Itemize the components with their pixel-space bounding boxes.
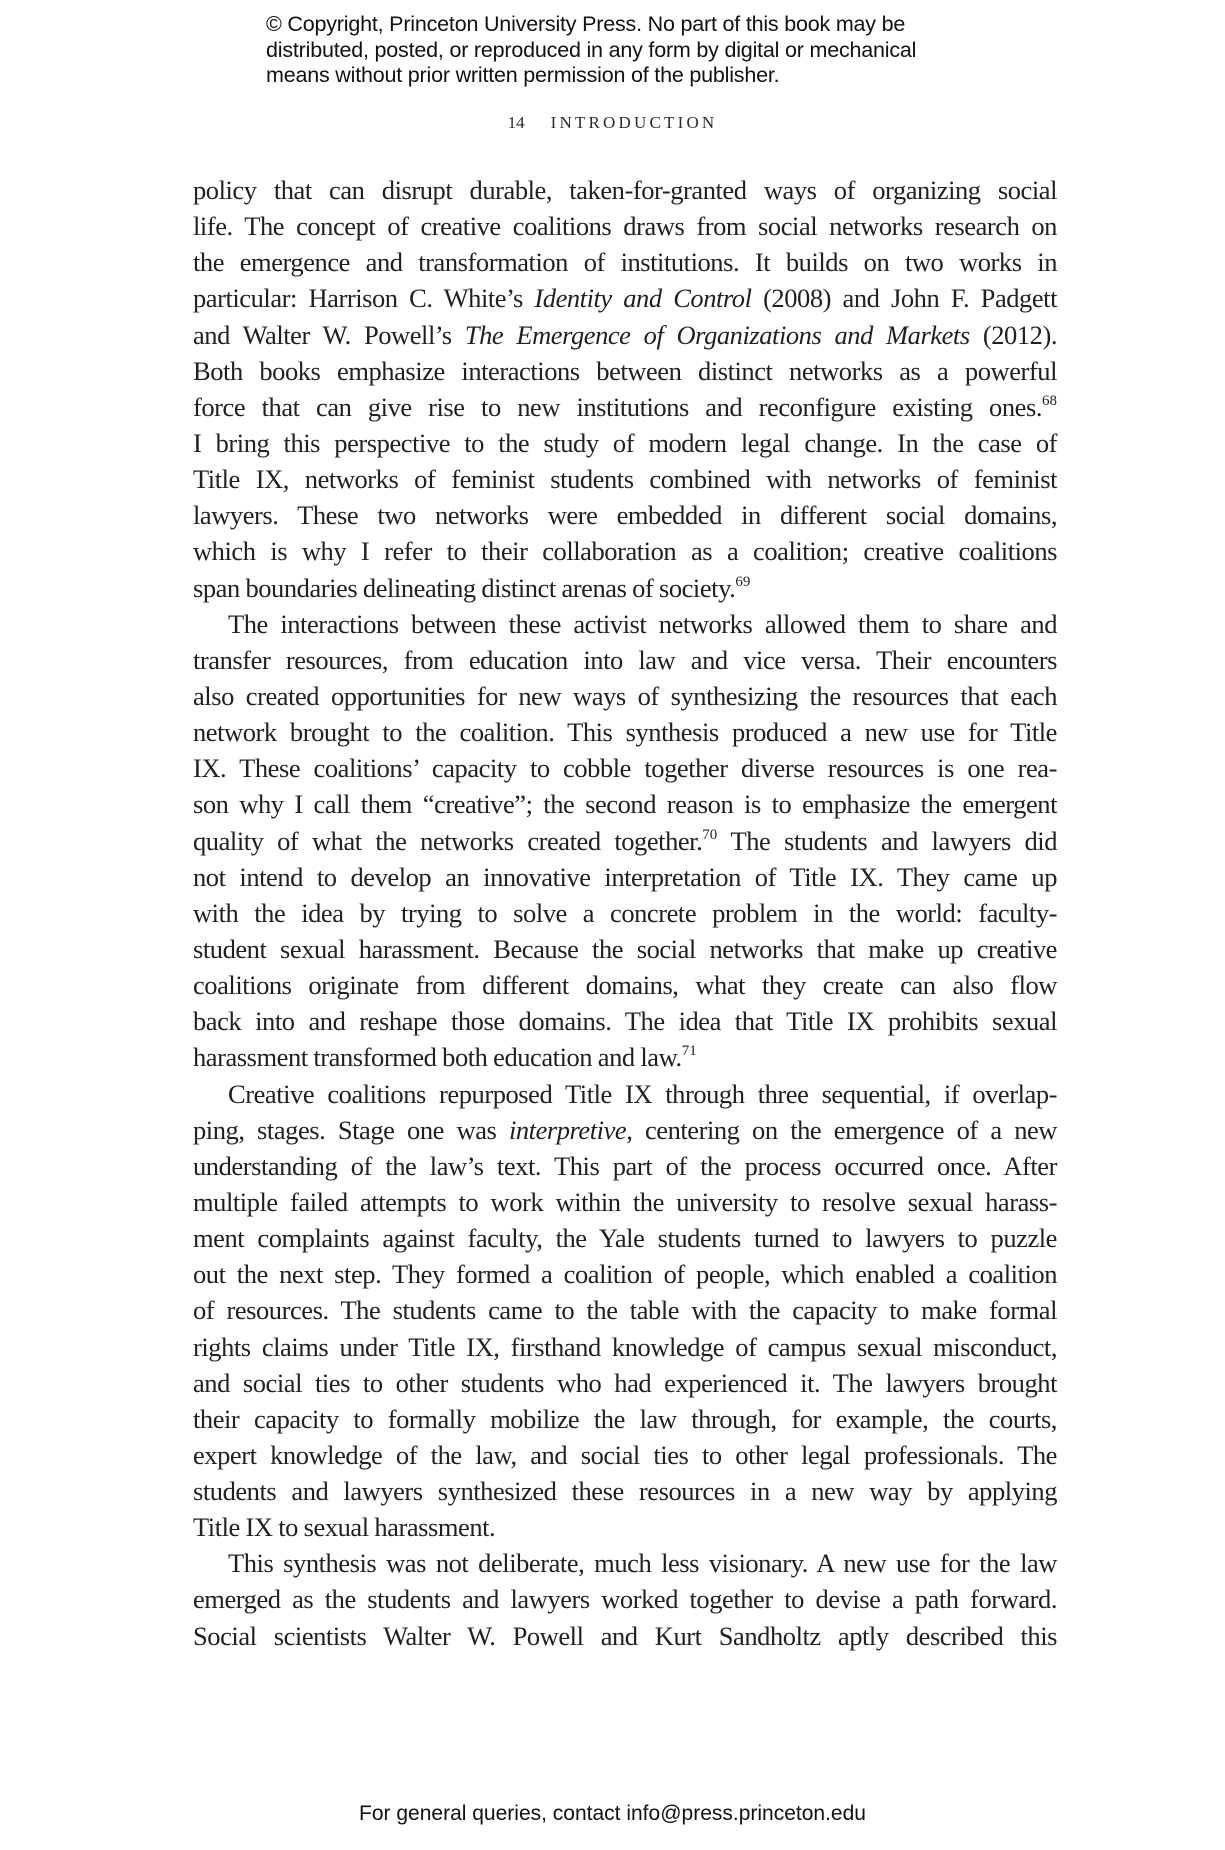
line-text: understanding of the law’s text. This pa… bbox=[193, 1151, 1057, 1181]
line-text: (2012). bbox=[970, 320, 1057, 350]
text-line: lawyers. These two networks were embedde… bbox=[193, 497, 1057, 533]
line-text: The students and lawyers did bbox=[717, 826, 1057, 856]
line-text: rights claims under Title IX, firsthand … bbox=[193, 1332, 1057, 1362]
line-text: Social scientists Walter W. Powell and K… bbox=[193, 1621, 1057, 1651]
body-text: policy that can disrupt durable, taken-f… bbox=[193, 172, 1057, 1654]
line-text: which is why I refer to their collaborat… bbox=[193, 536, 1057, 566]
running-head: 14INTRODUCTION bbox=[0, 113, 1225, 133]
text-line: network brought to the coalition. This s… bbox=[193, 714, 1057, 750]
line-text: students and lawyers synthesized these r… bbox=[193, 1476, 1057, 1506]
line-text: and social ties to other students who ha… bbox=[193, 1368, 1057, 1398]
line-text: emerged as the students and lawyers work… bbox=[193, 1584, 1057, 1614]
text-line: multiple failed attempts to work within … bbox=[193, 1184, 1057, 1220]
line-text: , centering on the emergence of a new bbox=[626, 1115, 1057, 1145]
italic-title: The Emergence of Organizations and Marke… bbox=[465, 320, 970, 350]
copyright-line: © Copyright, Princeton University Press.… bbox=[266, 12, 1026, 38]
text-line: span boundaries delineating distinct are… bbox=[193, 570, 1057, 606]
text-line: their capacity to formally mobilize the … bbox=[193, 1401, 1057, 1437]
line-text: harassment transformed both education an… bbox=[193, 1042, 682, 1072]
text-line: with the idea by trying to solve a concr… bbox=[193, 895, 1057, 931]
text-line: out the next step. They formed a coaliti… bbox=[193, 1256, 1057, 1292]
text-line: the emergence and transformation of inst… bbox=[193, 244, 1057, 280]
text-line: understanding of the law’s text. This pa… bbox=[193, 1148, 1057, 1184]
line-text: the emergence and transformation of inst… bbox=[193, 247, 1057, 277]
line-text: Title IX to sexual harassment. bbox=[193, 1512, 495, 1542]
text-line: The interactions between these activist … bbox=[193, 606, 1057, 642]
line-text: life. The concept of creative coalitions… bbox=[193, 211, 1057, 241]
footnote-ref[interactable]: 70 bbox=[702, 827, 717, 843]
text-line: son why I call them “creative”; the seco… bbox=[193, 786, 1057, 822]
line-text: This synthesis was not deliberate, much … bbox=[228, 1548, 1057, 1578]
text-line: This synthesis was not deliberate, much … bbox=[193, 1545, 1057, 1581]
text-line: rights claims under Title IX, firsthand … bbox=[193, 1329, 1057, 1365]
line-text: ping, stages. Stage one was bbox=[193, 1115, 509, 1145]
text-line: Creative coalitions repurposed Title IX … bbox=[193, 1076, 1057, 1112]
footnote-ref[interactable]: 71 bbox=[682, 1043, 697, 1059]
page-number: 14 bbox=[508, 113, 525, 132]
text-line: and Walter W. Powell’s The Emergence of … bbox=[193, 317, 1057, 353]
line-text: transfer resources, from education into … bbox=[193, 645, 1057, 675]
text-line: which is why I refer to their collaborat… bbox=[193, 533, 1057, 569]
line-text: The interactions between these activist … bbox=[228, 609, 1057, 639]
text-line: harassment transformed both education an… bbox=[193, 1039, 1057, 1075]
copyright-line: distributed, posted, or reproduced in an… bbox=[266, 38, 1026, 64]
copyright-line: means without prior written permission o… bbox=[266, 63, 1026, 89]
text-line: IX. These coalitions’ capacity to cobble… bbox=[193, 750, 1057, 786]
section-title: INTRODUCTION bbox=[551, 113, 718, 132]
text-line: quality of what the networks created tog… bbox=[193, 823, 1057, 859]
text-line: and social ties to other students who ha… bbox=[193, 1365, 1057, 1401]
line-text: quality of what the networks created tog… bbox=[193, 826, 702, 856]
line-text: of resources. The students came to the t… bbox=[193, 1295, 1057, 1325]
text-line: particular: Harrison C. White’s Identity… bbox=[193, 280, 1057, 316]
italic-title: interpretive bbox=[509, 1115, 626, 1145]
line-text: student sexual harassment. Because the s… bbox=[193, 934, 1057, 964]
line-text: and Walter W. Powell’s bbox=[193, 320, 465, 350]
italic-title: Identity and Control bbox=[534, 283, 751, 313]
text-line: Both books emphasize interactions betwee… bbox=[193, 353, 1057, 389]
line-text: Creative coalitions repurposed Title IX … bbox=[228, 1079, 1057, 1109]
line-text: policy that can disrupt durable, taken-f… bbox=[193, 175, 1057, 205]
text-line: I bring this perspective to the study of… bbox=[193, 425, 1057, 461]
line-text: IX. These coalitions’ capacity to cobble… bbox=[193, 753, 1057, 783]
line-text: force that can give rise to new institut… bbox=[193, 392, 1042, 422]
line-text: lawyers. These two networks were embedde… bbox=[193, 500, 1057, 530]
text-line: Social scientists Walter W. Powell and K… bbox=[193, 1618, 1057, 1654]
text-line: coalitions originate from different doma… bbox=[193, 967, 1057, 1003]
text-line: force that can give rise to new institut… bbox=[193, 389, 1057, 425]
line-text: multiple failed attempts to work within … bbox=[193, 1187, 1057, 1217]
line-text: coalitions originate from different doma… bbox=[193, 970, 1057, 1000]
text-line: also created opportunities for new ways … bbox=[193, 678, 1057, 714]
line-text: I bring this perspective to the study of… bbox=[193, 428, 1057, 458]
text-line: ping, stages. Stage one was interpretive… bbox=[193, 1112, 1057, 1148]
footnote-ref[interactable]: 69 bbox=[735, 574, 750, 590]
line-text: not intend to develop an innovative inte… bbox=[193, 862, 1057, 892]
line-text: out the next step. They formed a coaliti… bbox=[193, 1259, 1057, 1289]
footer-contact: For general queries, contact info@press.… bbox=[0, 1802, 1225, 1826]
line-text: Both books emphasize interactions betwee… bbox=[193, 356, 1057, 386]
footnote-ref[interactable]: 68 bbox=[1042, 393, 1057, 409]
text-line: Title IX to sexual harassment. bbox=[193, 1509, 1057, 1545]
line-text: particular: Harrison C. White’s bbox=[193, 283, 534, 313]
line-text: expert knowledge of the law, and social … bbox=[193, 1440, 1057, 1470]
text-line: student sexual harassment. Because the s… bbox=[193, 931, 1057, 967]
line-text: network brought to the coalition. This s… bbox=[193, 717, 1057, 747]
line-text: back into and reshape those domains. The… bbox=[193, 1006, 1057, 1036]
line-text: span boundaries delineating distinct are… bbox=[193, 573, 735, 603]
line-text: with the idea by trying to solve a concr… bbox=[193, 898, 1057, 928]
text-line: of resources. The students came to the t… bbox=[193, 1292, 1057, 1328]
line-text: their capacity to formally mobilize the … bbox=[193, 1404, 1057, 1434]
line-text: (2008) and John F. Padgett bbox=[752, 283, 1057, 313]
line-text: Title IX, networks of feminist students … bbox=[193, 464, 1057, 494]
text-line: expert knowledge of the law, and social … bbox=[193, 1437, 1057, 1473]
text-line: emerged as the students and lawyers work… bbox=[193, 1581, 1057, 1617]
text-line: not intend to develop an innovative inte… bbox=[193, 859, 1057, 895]
text-line: life. The concept of creative coalitions… bbox=[193, 208, 1057, 244]
text-line: transfer resources, from education into … bbox=[193, 642, 1057, 678]
text-line: policy that can disrupt durable, taken-f… bbox=[193, 172, 1057, 208]
text-line: students and lawyers synthesized these r… bbox=[193, 1473, 1057, 1509]
line-text: ment complaints against faculty, the Yal… bbox=[193, 1223, 1057, 1253]
text-line: ment complaints against faculty, the Yal… bbox=[193, 1220, 1057, 1256]
text-line: back into and reshape those domains. The… bbox=[193, 1003, 1057, 1039]
copyright-notice: © Copyright, Princeton University Press.… bbox=[266, 12, 1026, 89]
line-text: also created opportunities for new ways … bbox=[193, 681, 1057, 711]
line-text: son why I call them “creative”; the seco… bbox=[193, 789, 1057, 819]
text-line: Title IX, networks of feminist students … bbox=[193, 461, 1057, 497]
